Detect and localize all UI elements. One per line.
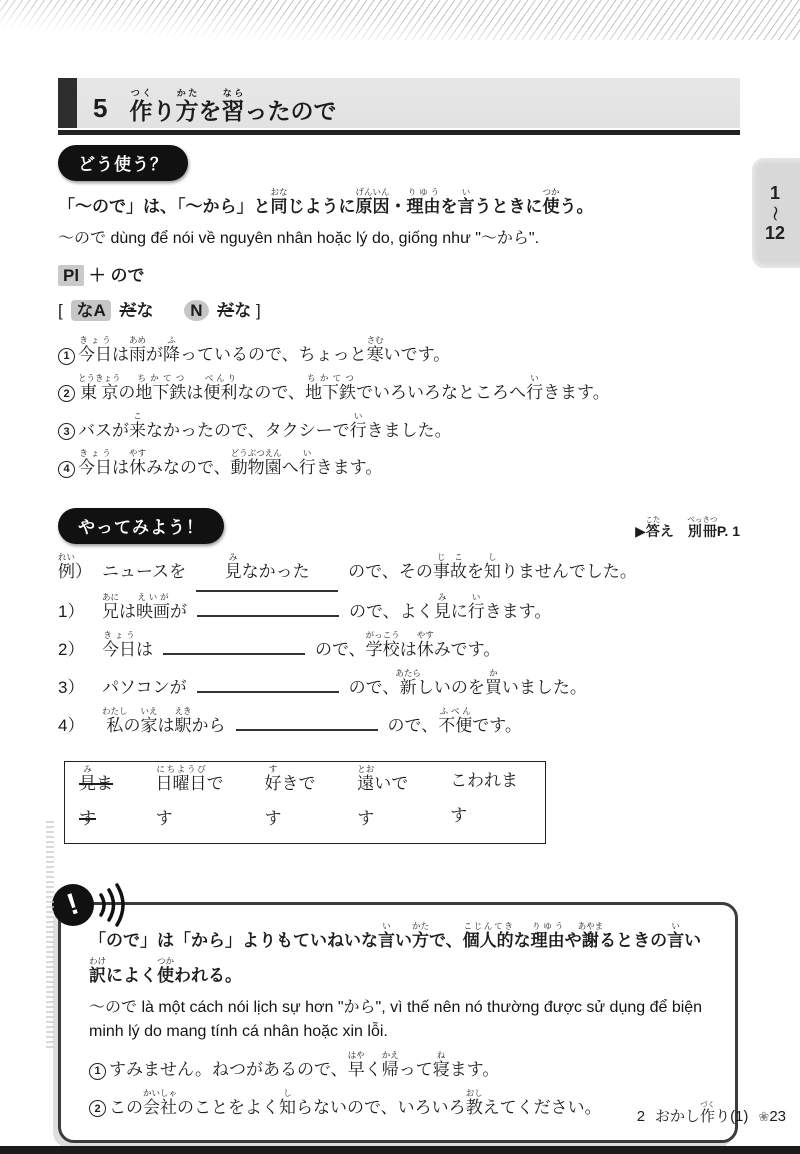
example-sentence-3: 3バスが来こなかったので、タクシーで行いきました。 <box>58 411 740 449</box>
word-bank-item-2: 日曜日にちようびです <box>156 764 237 837</box>
item-label: 4） <box>58 709 102 744</box>
item-pre: パソコンが <box>102 671 187 706</box>
circled-number-2: 2 <box>58 385 75 402</box>
lesson-number: 5 <box>93 93 107 124</box>
item-post: ので、新あたらしいのを買かいました。 <box>349 668 587 706</box>
blank-field-3 <box>197 691 339 693</box>
lesson-title-block: 5 作つくり方かたを習ならったので <box>58 78 740 135</box>
na-adjective-tag: なA <box>71 300 110 321</box>
circled-number-3: 3 <box>58 423 75 440</box>
note-examples: 1すみません。ねつがあるので、早はやく帰かえって寝ねます。 2この会社かいしゃの… <box>89 1050 711 1126</box>
practice-items: 例れい） ニュースを 見みなかった ので、その事故じこを知しりませんでした。 1… <box>58 552 740 743</box>
circled-number-4: 4 <box>58 461 75 478</box>
note-text-jp: 「ので」は「から」よりもていねいな言いい方かたで、個人的こじんてきな理由りゆうや… <box>89 921 711 994</box>
practice-header: やってみよう！ ▶答こたえ 別冊べっさつP. 1 <box>58 508 740 544</box>
practice-item-example: 例れい） ニュースを 見みなかった ので、その事故じこを知しりませんでした。 <box>58 552 740 592</box>
practice-item-2: 2） 今日きょうは ので、学校がっこうは休やすみです。 <box>58 630 740 668</box>
circled-number-1: 1 <box>89 1063 106 1080</box>
formula-plus: ＋ <box>89 266 106 285</box>
textbook-page: 1 〜 12 5 作つくり方かたを習ならったので どう使う？ 「〜ので」は、「〜… <box>0 0 800 1154</box>
example-sentence-1: 1今日きょうは雨あめが降ふっているので、ちょっと寒さむいです。 <box>58 335 740 373</box>
item-label: 3） <box>58 671 102 706</box>
section-pill-usage: どう使う？ <box>58 145 188 181</box>
word-bank-item-3: 好すきです <box>265 764 330 837</box>
usage-examples: 1今日きょうは雨あめが降ふっているので、ちょっと寒さむいです。 2東京とうきょう… <box>58 335 740 486</box>
footer-chapter-title: おかし作づくり(1) <box>655 1100 748 1130</box>
word-bank-item-1: 見みます <box>79 764 128 837</box>
answer-reference: ▶答こたえ 別冊べっさつP. 1 <box>635 515 740 545</box>
page-content: 5 作つくり方かたを習ならったので どう使う？ 「〜ので」は、「〜から」と同おな… <box>0 0 800 1143</box>
circled-number-2: 2 <box>89 1100 106 1117</box>
word-bank-item-5: こわれます <box>450 764 531 837</box>
item-pre: ニュースを <box>102 555 186 590</box>
item-pre: 私わたしの家いえは駅えきから <box>102 706 226 744</box>
pattern-line: [ なA だな N だな ] <box>58 296 740 321</box>
page-number: 23 <box>769 1108 786 1125</box>
item-label: 例れい） <box>58 552 102 590</box>
blank-field-2 <box>163 653 305 655</box>
item-post: ので、その事故じこを知しりませんでした。 <box>348 552 637 590</box>
note-example-1: 1すみません。ねつがあるので、早はやく帰かえって寝ねます。 <box>89 1050 711 1088</box>
practice-item-1: 1） 兄あには映画えいがが ので、よく見みに行いきます。 <box>58 592 740 630</box>
blank-field-example: 見みなかった <box>196 552 338 592</box>
page-footer: 2 おかし作づくり(1) ❀23 <box>637 1100 786 1130</box>
item-post: ので、学校がっこうは休やすみです。 <box>315 630 500 668</box>
word-bank-item-4: 遠とおいです <box>357 764 422 837</box>
section-pill-practice: やってみよう！ <box>58 508 224 544</box>
item-post: ので、不便ふべんです。 <box>388 706 522 744</box>
usage-explanation-jp: 「〜ので」は、「〜から」と同おなじように原因げんいん・理由りゆうを言いうときに使… <box>58 187 740 225</box>
example-sentence-4: 4今日きょうは休やすみなので、動物園どうぶつえんへ行いきます。 <box>58 448 740 486</box>
flower-icon: ❀ <box>758 1109 769 1124</box>
bottom-edge-bar <box>0 1146 800 1154</box>
alert-speaker-icon: ! <box>49 879 133 933</box>
usage-explanation-vn: 〜ので dùng để nói về nguyên nhân hoặc lý d… <box>58 227 740 251</box>
pattern-open-bracket: [ <box>58 301 63 320</box>
item-post: ので、よく見みに行いきます。 <box>349 592 551 630</box>
plain-form-tag: Pl <box>58 265 84 286</box>
circled-number-1: 1 <box>58 348 75 365</box>
item-pre: 兄あには映画えいがが <box>102 592 187 630</box>
practice-item-3: 3） パソコンが ので、新あたらしいのを買かいました。 <box>58 668 740 706</box>
word-bank: 見みます 日曜日にちようびです 好すきです 遠とおいです こわれます <box>64 761 546 844</box>
formula-node: ので <box>111 266 145 285</box>
item-pre: 今日きょうは <box>102 630 153 668</box>
footer-page-group: ❀23 <box>758 1103 786 1130</box>
pattern-close-bracket: ] <box>256 301 261 320</box>
blank-field-4 <box>236 729 378 731</box>
item-label: 2） <box>58 633 102 668</box>
na-conjugation: だな <box>119 301 153 320</box>
example-sentence-2: 2東京とうきょうの地下鉄ちかてつは便利べんりなので、地下鉄ちかてつでいろいろなと… <box>58 373 740 411</box>
formula-line: Pl ＋ ので <box>58 261 740 286</box>
title-rule <box>58 130 740 135</box>
footer-chapter-number: 2 <box>637 1103 645 1130</box>
note-example-2: 2この会社かいしゃのことをよく知しらないので、いろいろ教おしえてください。 <box>89 1088 711 1126</box>
blank-field-1 <box>197 615 339 617</box>
practice-item-4: 4） 私わたしの家いえは駅えきから ので、不便ふべんです。 <box>58 706 740 744</box>
lesson-title: 作つくり方かたを習ならったので <box>129 88 336 127</box>
title-accent-chip <box>58 78 77 128</box>
n-conjugation: だな <box>217 301 251 320</box>
item-label: 1） <box>58 595 102 630</box>
note-text-vn: 〜ので là một cách nói lịch sự hơn "から", vì… <box>89 996 711 1044</box>
noun-tag: N <box>184 300 208 321</box>
gutter-shadow-texture <box>46 818 54 1048</box>
